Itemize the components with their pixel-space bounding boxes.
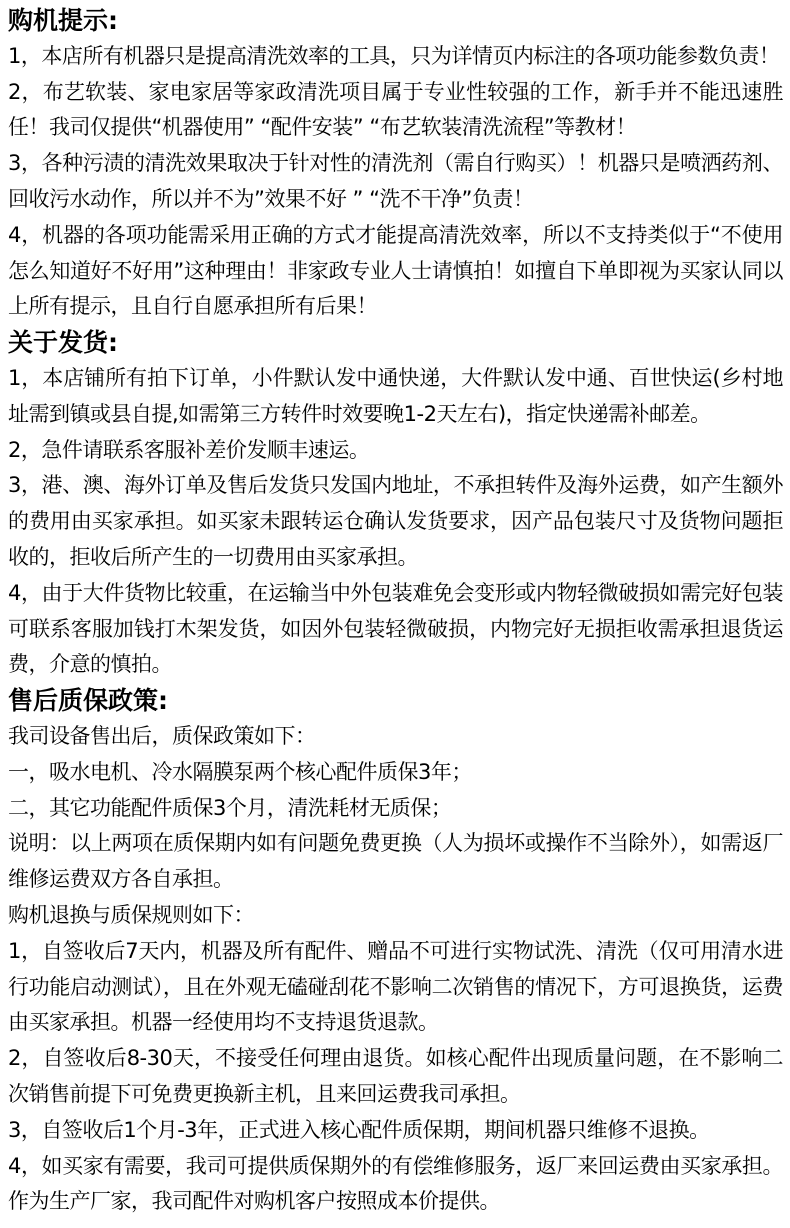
warranty-rule-2: 2，自签收后8-30天，不接受任何理由退货。如核心配件出现质量问题，在不影响二次… [8,1041,783,1113]
shipping-paragraph-1: 1，本店铺所有拍下订单，小件默认发中通快递，大件默认发中通、百世快运(乡村地址需… [8,361,783,433]
warranty-rule-1: 1，自签收后7天内，机器及所有配件、赠品不可进行实物试洗、清洗（仅可用清水进行功… [8,934,783,1041]
shipping-paragraph-2: 2，急件请联系客服补差价发顺丰速运。 [8,433,783,469]
shipping-paragraph-3: 3，港、澳、海外订单及售后发货只发国内地址，不承担转件及海外运费，如产生额外的费… [8,468,783,575]
shipping-heading: 关于发货: [8,325,783,361]
purchase-tips-paragraph-2: 2，布艺软装、家电家居等家政清洗项目属于专业性较强的工作，新手并不能迅速胜任！我… [8,75,783,147]
warranty-rules-intro: 购机退换与质保规则如下： [8,898,783,934]
shipping-paragraph-4: 4，由于大件货物比较重，在运输当中外包装难免会变形或内物轻微破损如需完好包装可联… [8,576,783,683]
purchase-tips-paragraph-4: 4，机器的各项功能需采用正确的方式才能提高清洗效率，所以不支持类似于“不使用怎么… [8,218,783,325]
section-purchase-tips: 购机提示: 1，本店所有机器只是提高清洗效率的工具，只为详情页内标注的各项功能参… [8,3,783,325]
purchase-tips-heading: 购机提示: [8,3,783,39]
warranty-note: 说明：以上两项在质保期内如有问题免费更换（人为损坏或操作不当除外），如需返厂维修… [8,826,783,898]
purchase-tips-paragraph-3: 3，各种污渍的清洗效果取决于针对性的清洗剂（需自行购买）！机器只是喷洒药剂、回收… [8,146,783,218]
section-shipping: 关于发货: 1，本店铺所有拍下订单，小件默认发中通快递，大件默认发中通、百世快运… [8,325,783,683]
policy-document: 购机提示: 1，本店所有机器只是提高清洗效率的工具，只为详情页内标注的各项功能参… [0,0,790,1228]
warranty-rule-4: 4，如买家有需要，我司可提供质保期外的有偿维修服务，返厂来回运费由买家承担。作为… [8,1149,783,1221]
warranty-item-1: 一，吸水电机、冷水隔膜泵两个核心配件质保3年； [8,755,783,791]
warranty-item-2: 二，其它功能配件质保3个月，清洗耗材无质保； [8,791,783,827]
warranty-heading: 售后质保政策: [8,683,783,719]
purchase-tips-paragraph-1: 1，本店所有机器只是提高清洗效率的工具，只为详情页内标注的各项功能参数负责！ [8,39,783,75]
warranty-intro: 我司设备售出后，质保政策如下： [8,719,783,755]
warranty-rule-3: 3，自签收后1个月-3年，正式进入核心配件质保期，期间机器只维修不退换。 [8,1113,783,1149]
section-warranty: 售后质保政策: 我司设备售出后，质保政策如下： 一，吸水电机、冷水隔膜泵两个核心… [8,683,783,1220]
